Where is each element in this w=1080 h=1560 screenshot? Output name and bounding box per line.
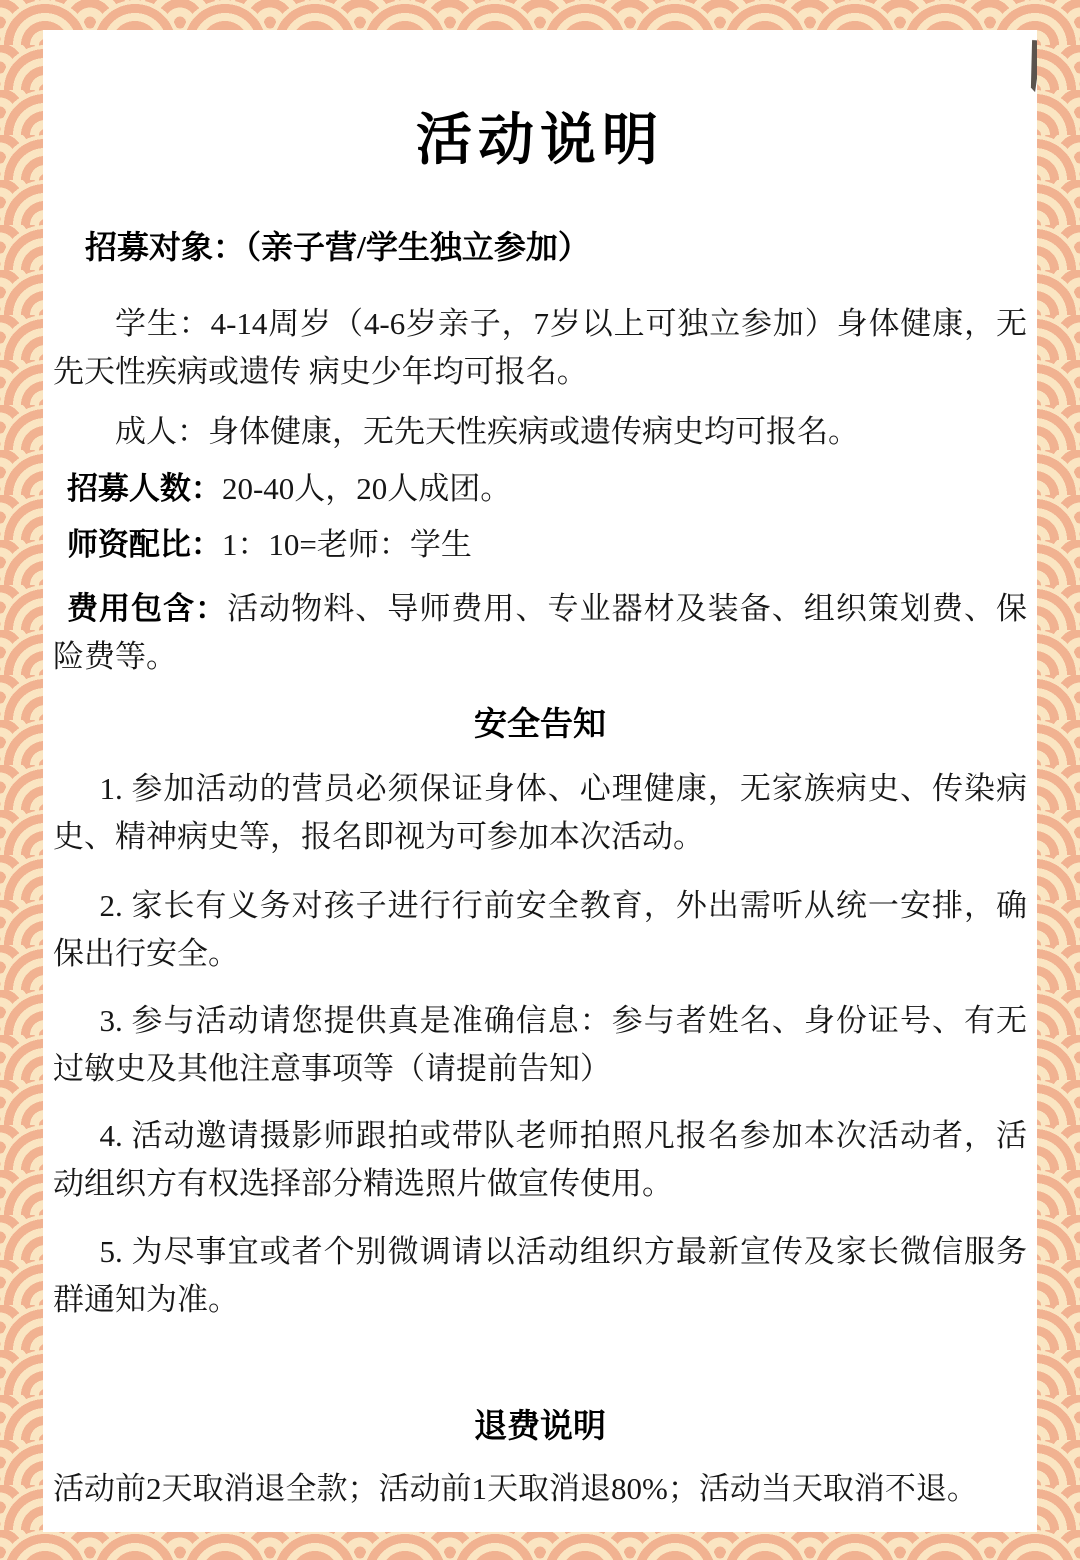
safety-item-3: 3. 参与活动请您提供真是准确信息：参与者姓名、身份证号、有无过敏史及其他注意事…: [53, 997, 1027, 1093]
recruit-count-line: 招募人数：20-40人，20人成团。: [53, 465, 1027, 513]
recruit-count-value: 20-40人，20人成团。: [222, 471, 511, 506]
safety-section-title: 安全告知: [53, 703, 1027, 747]
safety-item-5: 5. 为尽事宜或者个别微调请以活动组织方最新宣传及家长微信服务群通知为准。: [53, 1228, 1027, 1324]
teacher-ratio-line: 师资配比：1：10=老师：学生: [53, 521, 1027, 569]
page-corner-mark: [1026, 40, 1037, 93]
safety-item-2: 2. 家长有义务对孩子进行行前安全教育，外出需听从统一安排，确保出行安全。: [53, 882, 1027, 978]
safety-item-4: 4. 活动邀请摄影师跟拍或带队老师拍照凡报名参加本次活动者，活动组织方有权选择部…: [53, 1112, 1027, 1208]
fee-includes-line: 费用包含：活动物料、导师费用、专业器材及装备、组织策划费、保险费等。: [53, 585, 1027, 681]
decorative-wave-border: 活动说明 招募对象：（亲子营/学生独立参加） 学生：4-14周岁（4-6岁亲子，…: [0, 0, 1080, 1560]
refund-section-title: 退费说明: [53, 1405, 1027, 1449]
refund-policy-line: 活动前2天取消退全款；活动前1天取消退80%；活动当天取消不退。: [53, 1465, 1027, 1513]
recruit-count-label: 招募人数：: [67, 471, 222, 506]
adult-eligibility-paragraph: 成人：身体健康，无先天性疾病或遗传病史均可报名。: [53, 408, 1027, 456]
safety-item-1: 1. 参加活动的营员必须保证身体、心理健康，无家族病史、传染病史、精神病史等，报…: [53, 765, 1027, 861]
teacher-ratio-value: 1：10=老师：学生: [222, 527, 472, 562]
document-page: 活动说明 招募对象：（亲子营/学生独立参加） 学生：4-14周岁（4-6岁亲子，…: [43, 30, 1037, 1532]
teacher-ratio-label: 师资配比：: [67, 527, 222, 562]
fee-includes-label: 费用包含：: [67, 591, 227, 626]
recruit-target-line: 招募对象：（亲子营/学生独立参加）: [53, 225, 1027, 269]
student-eligibility-paragraph: 学生：4-14周岁（4-6岁亲子，7岁以上可独立参加）身体健康，无先天性疾病或遗…: [53, 300, 1027, 396]
page-title: 活动说明: [53, 105, 1027, 175]
